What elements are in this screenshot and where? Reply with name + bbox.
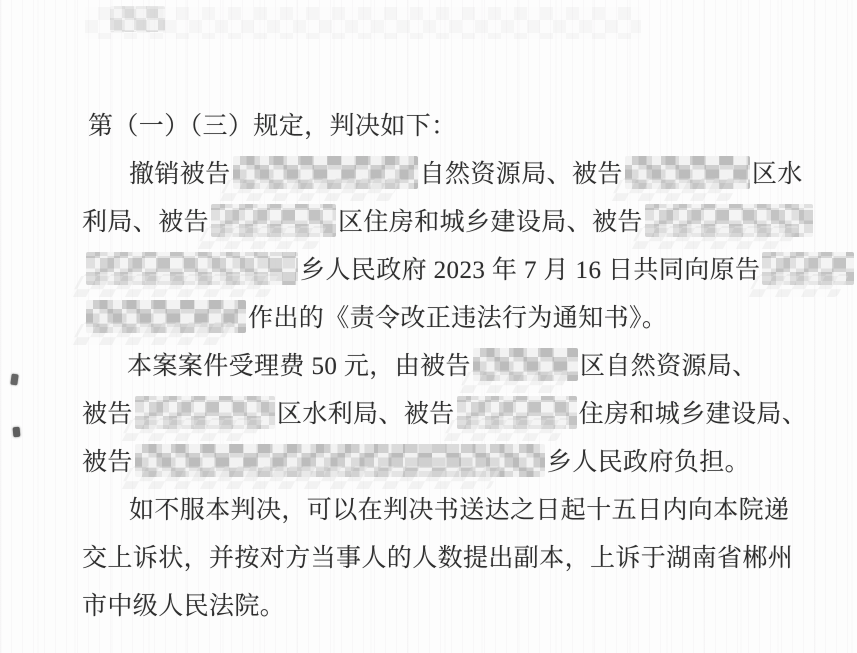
text-run: 区住房和城乡建设局、被告: [338, 207, 643, 239]
text-run: 被告: [82, 447, 133, 479]
redaction-block: [645, 204, 813, 237]
text-run: 区水: [752, 159, 803, 191]
document-line: 被告区水利局、被告住房和城乡建设局、: [82, 399, 807, 433]
redaction-block: [233, 156, 418, 189]
document-page: 第（一）（三）规定，判决如下：撤销被告自然资源局、被告区水利局、被告区住房和城乡…: [0, 0, 857, 653]
redaction-block: [625, 156, 750, 189]
document-line: 如不服本判决，可以在判决书送达之日起十五日内向本院递: [129, 495, 789, 529]
redaction-block: [762, 252, 854, 285]
text-run: 自然资源局、被告: [420, 159, 623, 191]
top-left-redaction-mark: [110, 6, 165, 32]
top-faint-redaction-band: [85, 7, 641, 39]
text-run: 撤销被告: [129, 159, 231, 191]
text-run: 交上诉状，并按对方当事人的人数提出副本，上诉于湖南省郴州: [82, 543, 793, 575]
text-run: 区水利局、被告: [277, 399, 455, 431]
text-run: 住房和城乡建设局、: [579, 399, 808, 431]
redaction-block: [135, 444, 545, 477]
redaction-block: [86, 252, 298, 285]
redaction-block: [86, 300, 246, 333]
document-line: 交上诉状，并按对方当事人的人数提出副本，上诉于湖南省郴州: [82, 543, 793, 577]
text-run: 市中级人民法院。: [82, 591, 285, 623]
document-line: 本案案件受理费 50 元，由被告区自然资源局、: [127, 351, 758, 385]
document-line: 撤销被告自然资源局、被告区水: [129, 159, 803, 193]
document-line: 被告乡人民政府负担。: [82, 447, 750, 481]
text-run: 如不服本判决，可以在判决书送达之日起十五日内向本院递: [129, 495, 789, 527]
text-run: 本案案件受理费 50 元，由被告: [127, 351, 471, 383]
redaction-block: [457, 396, 577, 429]
text-run: 乡人民政府 2023 年 7 月 16 日共同向原告: [300, 255, 760, 287]
document-line: 市中级人民法院。: [82, 591, 285, 625]
text-run: 作出的《责令改正违法行为通知书》。: [248, 303, 667, 335]
text-run: 第（一）（三）规定，判决如下：: [88, 111, 457, 143]
redaction-block: [473, 348, 578, 381]
redaction-block: [135, 396, 275, 429]
document-line: 第（一）（三）规定，判决如下：: [88, 111, 457, 145]
document-line: 利局、被告区住房和城乡建设局、被告: [82, 207, 815, 241]
text-run: 乡人民政府负担。: [547, 447, 750, 479]
text-run: 区自然资源局、: [580, 351, 758, 383]
text-run: 利局、被告: [82, 207, 209, 239]
margin-ink-speck: [10, 374, 18, 386]
margin-ink-speck: [13, 427, 21, 438]
document-line: 作出的《责令改正违法行为通知书》。: [84, 303, 667, 337]
redaction-block: [211, 204, 336, 237]
text-run: 被告: [82, 399, 133, 431]
document-line: 乡人民政府 2023 年 7 月 16 日共同向原告: [84, 255, 856, 289]
